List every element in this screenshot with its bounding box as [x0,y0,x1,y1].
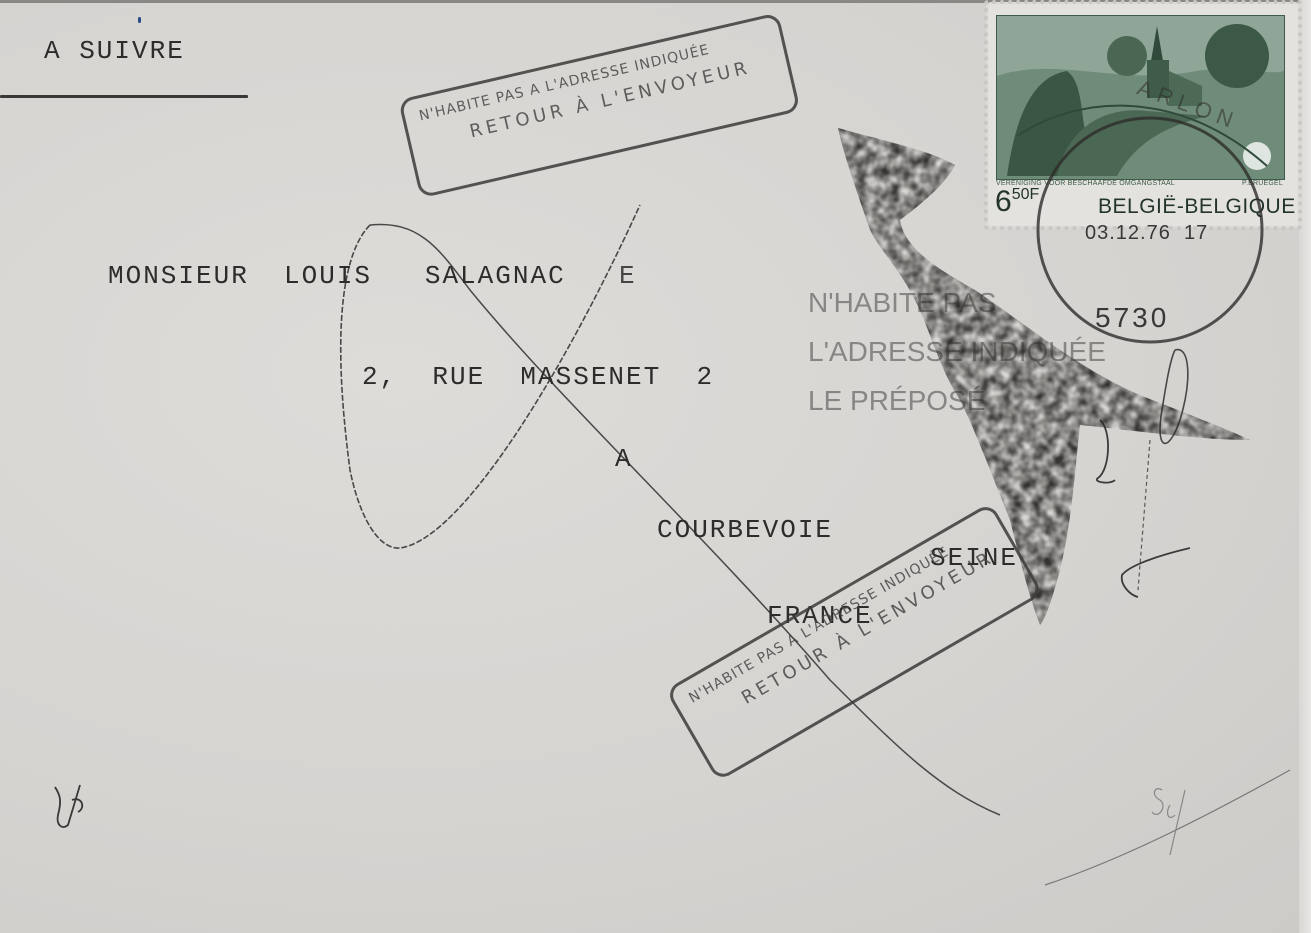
address-city: COURBEVOIE [657,515,833,545]
address-line-street: 2, RUE MASSENET 2 [362,362,714,392]
postmark-postcode: 5730 [1095,302,1169,334]
postmark-date: 03.12.76 [1085,222,1171,244]
postmark-date-row: 03.12.76 17 [1085,222,1208,245]
address-name: MONSIEUR LOUIS SALAGNAC [108,261,566,291]
postmark-layer [0,0,1311,933]
postmark-hour: 17 [1184,222,1208,244]
address-line-a: A [615,444,633,474]
envelope: A SUIVRE N'HABITE PAS A L'ADRESSE INDIQU… [0,0,1311,933]
address-line-name: MONSIEUR LOUIS SALAGNAC [108,261,566,291]
address-overstrike: E [619,261,637,291]
